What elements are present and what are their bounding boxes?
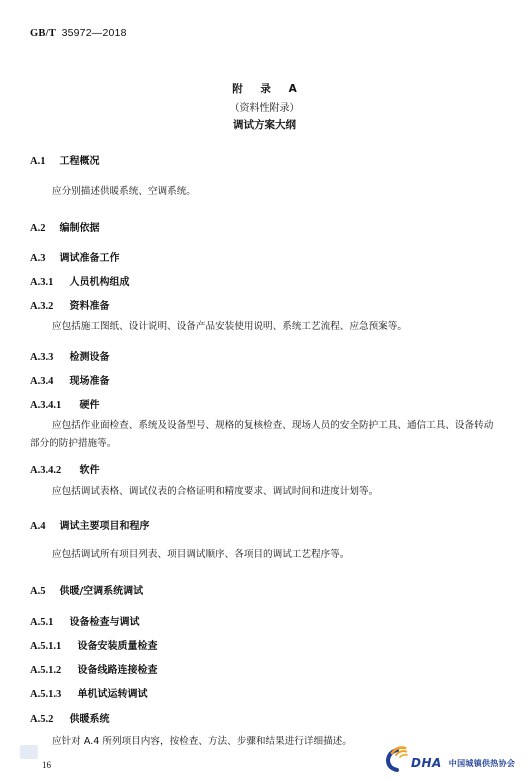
section-heading: A.5 供暖/空调系统调试 bbox=[30, 582, 143, 597]
standard-number: 35972—2018 bbox=[62, 27, 127, 39]
section-heading: A.3.4.1 硬件 bbox=[30, 396, 99, 411]
section-number: A.5.1 bbox=[30, 617, 66, 628]
paragraph: 应分别描述供暖系统、空调系统。 bbox=[30, 183, 496, 201]
section-number: A.3.3 bbox=[30, 352, 66, 363]
section-number: A.3.4 bbox=[30, 376, 66, 387]
section-heading: A.5.1.2 设备线路连接检查 bbox=[30, 661, 157, 676]
section-number: A.3.2 bbox=[30, 301, 66, 312]
cdha-mark-icon bbox=[383, 744, 417, 772]
section-number: A.1 bbox=[30, 156, 56, 167]
section-heading: A.3.4 现场准备 bbox=[30, 372, 109, 387]
section-title: 设备检查与调试 bbox=[69, 613, 139, 628]
section-number: A.5 bbox=[30, 586, 56, 597]
section-number: A.2 bbox=[30, 223, 56, 234]
section-title: 现场准备 bbox=[69, 372, 109, 387]
paragraph: 应包括调试所有项目列表、项目调试顺序、各项目的调试工艺程序等。 bbox=[30, 546, 496, 564]
cdha-logo: DHA 中国城镇供热协会 bbox=[383, 742, 529, 772]
annex-name: 调试方案大纲 bbox=[0, 117, 529, 132]
section-heading: A.5.2 供暖系统 bbox=[30, 710, 109, 725]
section-title: 软件 bbox=[79, 461, 99, 476]
section-number: A.3 bbox=[30, 253, 56, 264]
section-title: 硬件 bbox=[79, 396, 99, 411]
section-title: 单机试运转调试 bbox=[77, 685, 147, 700]
section-title: 设备线路连接检查 bbox=[77, 661, 157, 676]
section-heading: A.3.1 人员机构组成 bbox=[30, 273, 129, 288]
standard-prefix: GB/T bbox=[30, 28, 56, 39]
watermark-stamp-icon bbox=[20, 745, 38, 759]
section-heading: A.3.3 检测设备 bbox=[30, 348, 109, 363]
annex-title: 附 录 A bbox=[0, 81, 529, 96]
section-title: 供暖/空调系统调试 bbox=[59, 582, 143, 597]
section-title: 检测设备 bbox=[69, 348, 109, 363]
section-number: A.5.1.2 bbox=[30, 665, 74, 676]
section-title: 资料准备 bbox=[69, 297, 109, 312]
paragraph: 应包括作业面检查、系统及设备型号、规格的复核检查、现场人员的安全防护工具、通信工… bbox=[30, 417, 496, 453]
section-number: A.5.2 bbox=[30, 714, 66, 725]
section-number: A.4 bbox=[30, 521, 56, 532]
section-heading: A.4 调试主要项目和程序 bbox=[30, 517, 149, 532]
section-heading: A.5.1 设备检查与调试 bbox=[30, 613, 139, 628]
section-heading: A.3 调试准备工作 bbox=[30, 249, 119, 264]
section-number: A.5.1.1 bbox=[30, 641, 74, 652]
section-number: A.3.1 bbox=[30, 277, 66, 288]
section-title: 设备安装质量检查 bbox=[77, 637, 157, 652]
section-title: 编制依据 bbox=[59, 219, 99, 234]
section-heading: A.1 工程概况 bbox=[30, 152, 99, 167]
section-title: 供暖系统 bbox=[69, 710, 109, 725]
paragraph: 应包括施工图纸、设计说明、设备产品安装使用说明、系统工艺流程、应急预案等。 bbox=[30, 318, 496, 336]
section-heading: A.2 编制依据 bbox=[30, 219, 99, 234]
section-heading: A.3.2 资料准备 bbox=[30, 297, 109, 312]
annex-kind: （资料性附录） bbox=[0, 99, 529, 114]
page-number: 16 bbox=[42, 760, 51, 770]
section-number: A.5.1.3 bbox=[30, 689, 74, 700]
section-title: 人员机构组成 bbox=[69, 273, 129, 288]
section-heading: A.5.1.3 单机试运转调试 bbox=[30, 685, 147, 700]
section-title: 调试准备工作 bbox=[59, 249, 119, 264]
section-heading: A.3.4.2 软件 bbox=[30, 461, 99, 476]
section-title: 工程概况 bbox=[59, 152, 99, 167]
logo-org-name: 中国城镇供热协会 bbox=[449, 758, 515, 769]
paragraph: 应包括调试表格、调试仪表的合格证明和精度要求、调试时间和进度计划等。 bbox=[30, 483, 496, 501]
section-number: A.3.4.1 bbox=[30, 400, 76, 411]
section-number: A.3.4.2 bbox=[30, 465, 76, 476]
section-heading: A.5.1.1 设备安装质量检查 bbox=[30, 637, 157, 652]
standard-code-header: GB/T 35972—2018 bbox=[30, 27, 127, 39]
section-title: 调试主要项目和程序 bbox=[59, 517, 149, 532]
